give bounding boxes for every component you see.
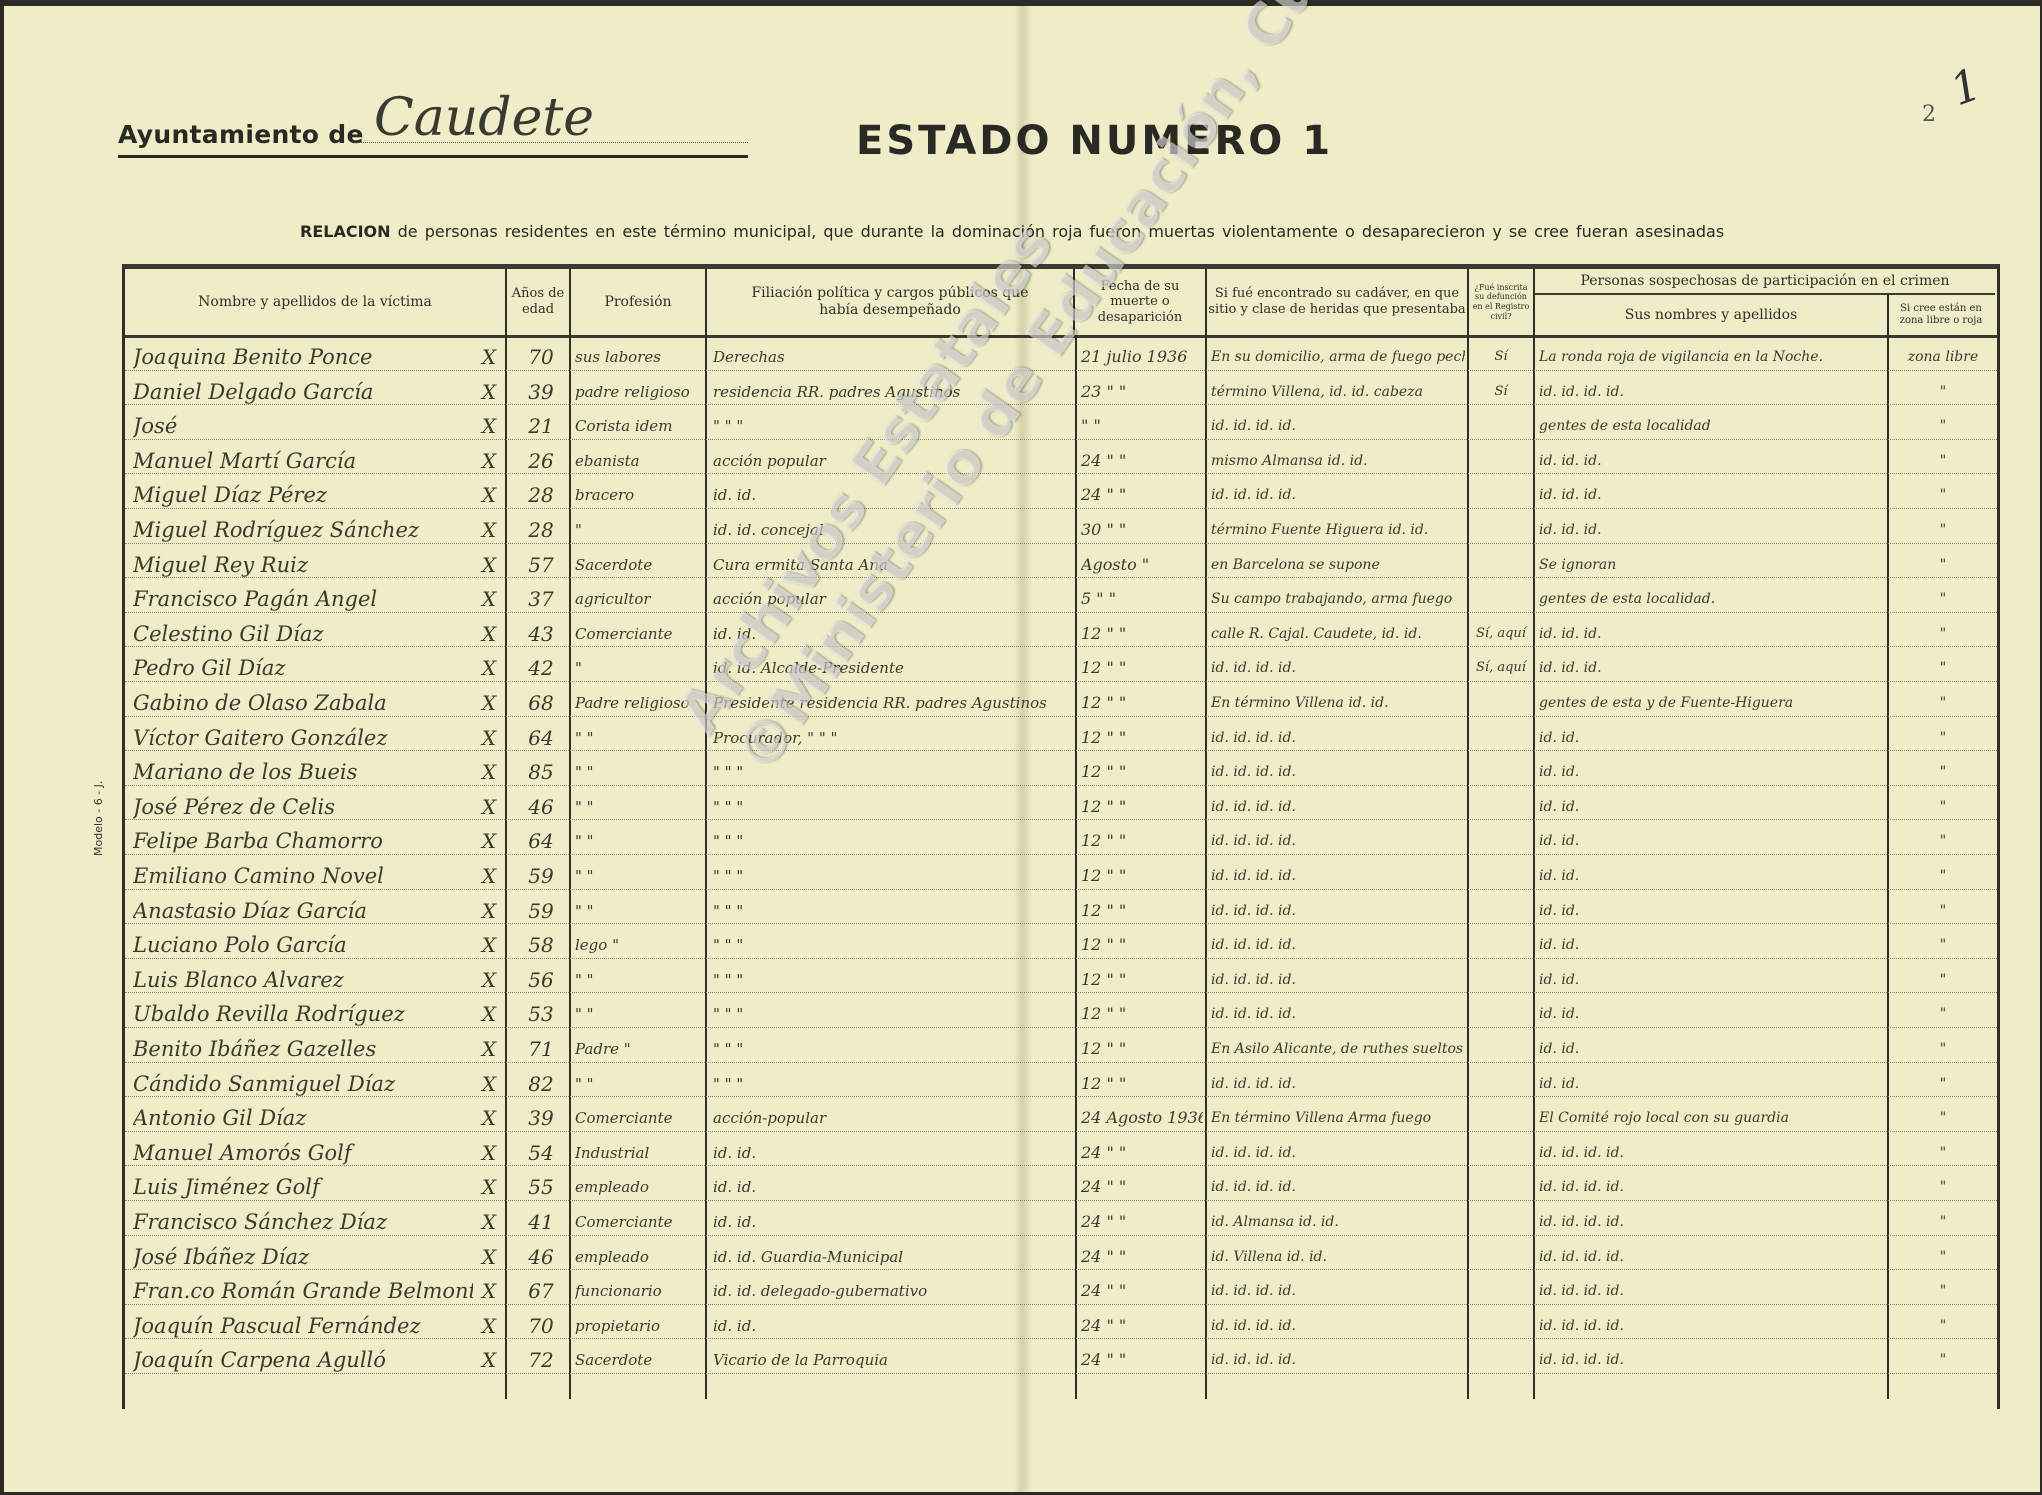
cell-sospechosos: id. id.: [1539, 827, 1885, 856]
cell-zona: ": [1893, 585, 1993, 614]
cell-zona: ": [1893, 827, 1993, 856]
cell-nombre: Joaquina Benito Ponce: [133, 343, 473, 372]
cell-x: X: [475, 1312, 503, 1341]
cell-profesion: Comerciante: [575, 620, 703, 649]
cell-profesion: " ": [575, 897, 703, 926]
cell-filiacion: " " ": [713, 793, 1071, 822]
cell-registro: Sí: [1471, 343, 1531, 372]
cell-edad: 28: [517, 481, 565, 510]
cell-zona: ": [1893, 412, 1993, 441]
cell-edad: 70: [517, 1312, 565, 1341]
cell-fecha: 12 " ": [1081, 654, 1203, 683]
cell-x: X: [475, 689, 503, 718]
cell-edad: 42: [517, 654, 565, 683]
cell-filiacion: id. id.: [713, 481, 1071, 510]
cell-cadaver: id. Almansa id. id.: [1211, 1208, 1465, 1237]
cell-sospechosos: Se ignoran: [1539, 551, 1885, 580]
cell-sospechosos: id. id.: [1539, 793, 1885, 822]
relacion-subtitle: RELACION de personas residentes en este …: [300, 222, 1724, 241]
cell-sospechosos: id. id. id. id.: [1539, 1312, 1885, 1341]
cell-nombre: José: [133, 412, 473, 441]
cell-profesion: Corista idem: [575, 412, 703, 441]
cell-fecha: 12 " ": [1081, 1035, 1203, 1064]
cell-nombre: Luis Jiménez Golf: [133, 1173, 473, 1202]
cell-cadaver: id. id. id. id.: [1211, 724, 1465, 753]
cell-sospechosos: id. id.: [1539, 1000, 1885, 1029]
cell-fecha: 24 " ": [1081, 1173, 1203, 1202]
cell-fecha: 23 " ": [1081, 378, 1203, 407]
cell-cadaver: id. id. id. id.: [1211, 1277, 1465, 1306]
cell-x: X: [475, 481, 503, 510]
cell-fecha: 12 " ": [1081, 689, 1203, 718]
cell-edad: 57: [517, 551, 565, 580]
cell-cadaver: En término Villena Arma fuego: [1211, 1104, 1465, 1133]
cell-cadaver: mismo Almansa id. id.: [1211, 447, 1465, 476]
cell-filiacion: acción-popular: [713, 1104, 1071, 1133]
cell-cadaver: id. id. id. id.: [1211, 1139, 1465, 1168]
cell-x: X: [475, 793, 503, 822]
cell-cadaver: id. Villena id. id.: [1211, 1243, 1465, 1272]
cell-zona: ": [1893, 931, 1993, 960]
cell-edad: 58: [517, 931, 565, 960]
cell-edad: 64: [517, 724, 565, 753]
cell-x: X: [475, 343, 503, 372]
cell-edad: 26: [517, 447, 565, 476]
cell-filiacion: id. id.: [713, 1173, 1071, 1202]
cell-profesion: Comerciante: [575, 1208, 703, 1237]
cell-profesion: " ": [575, 758, 703, 787]
cell-nombre: Felipe Barba Chamorro: [133, 827, 473, 856]
cell-profesion: padre religioso: [575, 378, 703, 407]
cell-edad: 54: [517, 1139, 565, 1168]
cell-nombre: Joaquín Pascual Fernández: [133, 1312, 473, 1341]
cell-x: X: [475, 654, 503, 683]
cell-profesion: Comerciante: [575, 1104, 703, 1133]
header-separator: [125, 335, 1997, 338]
modelo-label: Modelo - 6 - J.: [92, 781, 105, 856]
cell-filiacion: id. id. concejal: [713, 516, 1071, 545]
col-header-cadaver: Si fué encontrado su cadáver, en que sit…: [1207, 269, 1467, 335]
cell-cadaver: id. id. id. id.: [1211, 654, 1465, 683]
cell-zona: ": [1893, 689, 1993, 718]
cell-zona: ": [1893, 897, 1993, 926]
cell-sospechosos: id. id. id. id.: [1539, 1346, 1885, 1375]
cell-cadaver: id. id. id. id.: [1211, 1173, 1465, 1202]
cell-zona: ": [1893, 724, 1993, 753]
cell-fecha: 12 " ": [1081, 897, 1203, 926]
page-number-mark: 1: [1944, 59, 1988, 117]
cell-zona: ": [1893, 966, 1993, 995]
cell-fecha: 24 " ": [1081, 481, 1203, 510]
cell-cadaver: en Barcelona se supone: [1211, 551, 1465, 580]
cell-nombre: Daniel Delgado García: [133, 378, 473, 407]
cell-fecha: 12 " ": [1081, 620, 1203, 649]
cell-cadaver: id. id. id. id.: [1211, 481, 1465, 510]
relacion-text: de personas residentes en este término m…: [398, 222, 1725, 241]
cell-filiacion: " " ": [713, 1070, 1071, 1099]
cell-zona: ": [1893, 1173, 1993, 1202]
cell-zona: ": [1893, 862, 1993, 891]
cell-sospechosos: gentes de esta localidad.: [1539, 585, 1885, 614]
cell-profesion: sus labores: [575, 343, 703, 372]
cell-nombre: Fran.co Román Grande Belmonte: [133, 1277, 473, 1306]
cell-edad: 68: [517, 689, 565, 718]
cell-profesion: funcionario: [575, 1277, 703, 1306]
cell-cadaver: id. id. id. id.: [1211, 1346, 1465, 1375]
col-header-edad: Años de edad: [507, 269, 569, 335]
col-header-sus-nombres: Sus nombres y apellidos: [1535, 295, 1887, 335]
cell-cadaver: término Fuente Higuera id. id.: [1211, 516, 1465, 545]
cell-x: X: [475, 966, 503, 995]
cell-filiacion: acción popular: [713, 447, 1071, 476]
cell-profesion: Padre religioso: [575, 689, 703, 718]
ayuntamiento-label: Ayuntamiento de: [118, 120, 364, 149]
cell-registro: Sí, aquí: [1471, 654, 1531, 683]
cell-edad: 71: [517, 1035, 565, 1064]
cell-zona: ": [1893, 758, 1993, 787]
cell-edad: 46: [517, 1243, 565, 1272]
cell-nombre: Pedro Gil Díaz: [133, 654, 473, 683]
cell-fecha: " ": [1081, 412, 1203, 441]
cell-nombre: Anastasio Díaz García: [133, 897, 473, 926]
cell-zona: ": [1893, 378, 1993, 407]
cell-x: X: [475, 620, 503, 649]
cell-x: X: [475, 1070, 503, 1099]
cell-profesion: ": [575, 516, 703, 545]
cell-sospechosos: id. id. id. id.: [1539, 1208, 1885, 1237]
cell-profesion: propietario: [575, 1312, 703, 1341]
cell-filiacion: id. id.: [713, 1312, 1071, 1341]
page-number-small: 2: [1922, 102, 1936, 127]
cell-zona: ": [1893, 447, 1993, 476]
cell-nombre: Miguel Díaz Pérez: [133, 481, 473, 510]
cell-filiacion: " " ": [713, 412, 1071, 441]
cell-x: X: [475, 1173, 503, 1202]
cell-filiacion: " " ": [713, 1000, 1071, 1029]
ayuntamiento-value: Caudete: [374, 88, 594, 148]
cell-cadaver: En Asilo Alicante, de ruthes sueltos: [1211, 1035, 1465, 1064]
cell-fecha: 5 " ": [1081, 585, 1203, 614]
cell-fecha: 24 " ": [1081, 1243, 1203, 1272]
cell-nombre: Joaquín Carpena Agulló: [133, 1346, 473, 1375]
cell-x: X: [475, 1208, 503, 1237]
cell-x: X: [475, 1104, 503, 1133]
cell-sospechosos: id. id.: [1539, 724, 1885, 753]
cell-profesion: " ": [575, 793, 703, 822]
cell-x: X: [475, 1139, 503, 1168]
cell-sospechosos: id. id.: [1539, 758, 1885, 787]
cell-profesion: " ": [575, 1000, 703, 1029]
cell-zona: ": [1893, 793, 1993, 822]
cell-nombre: Mariano de los Bueis: [133, 758, 473, 787]
victims-table: Nombre y apellidos de la víctima Años de…: [122, 264, 2000, 1409]
cell-zona: ": [1893, 516, 1993, 545]
cell-x: X: [475, 931, 503, 960]
cell-fecha: 12 " ": [1081, 1070, 1203, 1099]
cell-sospechosos: id. id. id. id.: [1539, 1277, 1885, 1306]
cell-filiacion: id. id. Alcalde-Presidente: [713, 654, 1071, 683]
cell-x: X: [475, 447, 503, 476]
cell-fecha: Agosto ": [1081, 551, 1203, 580]
relacion-lead: RELACION: [300, 222, 391, 241]
cell-cadaver: id. id. id. id.: [1211, 1000, 1465, 1029]
cell-filiacion: " " ": [713, 897, 1071, 926]
cell-zona: ": [1893, 1104, 1993, 1133]
cell-registro: Sí, aquí: [1471, 620, 1531, 649]
cell-nombre: Gabino de Olaso Zabala: [133, 689, 473, 718]
cell-sospechosos: id. id. id. id.: [1539, 378, 1885, 407]
cell-nombre: Benito Ibáñez Gazelles: [133, 1035, 473, 1064]
cell-x: X: [475, 551, 503, 580]
cell-cadaver: id. id. id. id.: [1211, 862, 1465, 891]
cell-x: X: [475, 1035, 503, 1064]
cell-nombre: Luis Blanco Alvarez: [133, 966, 473, 995]
cell-profesion: empleado: [575, 1243, 703, 1272]
cell-filiacion: id. id.: [713, 1208, 1071, 1237]
page-title: ESTADO NUMERO 1: [856, 118, 1333, 164]
cell-x: X: [475, 1277, 503, 1306]
cell-x: X: [475, 862, 503, 891]
cell-zona: ": [1893, 1070, 1993, 1099]
cell-zona: ": [1893, 1139, 1993, 1168]
cell-fecha: 21 julio 1936: [1081, 343, 1203, 372]
cell-zona: ": [1893, 551, 1993, 580]
cell-profesion: Sacerdote: [575, 551, 703, 580]
cell-filiacion: Vicario de la Parroquia: [713, 1346, 1071, 1375]
col-divider: [1075, 335, 1077, 1399]
col-header-nombre: Nombre y apellidos de la víctima: [125, 269, 505, 335]
cell-cadaver: id. id. id. id.: [1211, 1312, 1465, 1341]
cell-nombre: Luciano Polo García: [133, 931, 473, 960]
cell-cadaver: id. id. id. id.: [1211, 1070, 1465, 1099]
cell-edad: 59: [517, 897, 565, 926]
cell-x: X: [475, 1346, 503, 1375]
cell-zona: ": [1893, 1312, 1993, 1341]
cell-zona: ": [1893, 1035, 1993, 1064]
cell-filiacion: " " ": [713, 966, 1071, 995]
document-page: Ayuntamiento de Caudete ESTADO NUMERO 1 …: [4, 6, 2040, 1492]
cell-edad: 53: [517, 1000, 565, 1029]
cell-profesion: Sacerdote: [575, 1346, 703, 1375]
cell-edad: 56: [517, 966, 565, 995]
cell-cadaver: calle R. Cajal. Caudete, id. id.: [1211, 620, 1465, 649]
cell-edad: 59: [517, 862, 565, 891]
cell-edad: 55: [517, 1173, 565, 1202]
cell-x: X: [475, 758, 503, 787]
cell-sospechosos: id. id.: [1539, 1035, 1885, 1064]
cell-fecha: 12 " ": [1081, 827, 1203, 856]
cell-edad: 72: [517, 1346, 565, 1375]
cell-zona: ": [1893, 1277, 1993, 1306]
cell-filiacion: Presidente residencia RR. padres Agustin…: [713, 689, 1071, 718]
cell-sospechosos: id. id.: [1539, 966, 1885, 995]
cell-fecha: 12 " ": [1081, 862, 1203, 891]
cell-edad: 70: [517, 343, 565, 372]
cell-sospechosos: id. id.: [1539, 931, 1885, 960]
cell-zona: ": [1893, 654, 1993, 683]
cell-fecha: 24 Agosto 1936: [1081, 1104, 1203, 1133]
cell-filiacion: residencia RR. padres Agustinos: [713, 378, 1071, 407]
cell-cadaver: Su campo trabajando, arma fuego: [1211, 585, 1465, 614]
col-header-sospechosas-group: Personas sospechosas de participación en…: [1535, 269, 1995, 293]
cell-edad: 21: [517, 412, 565, 441]
cell-cadaver: id. id. id. id.: [1211, 827, 1465, 856]
cell-filiacion: " " ": [713, 758, 1071, 787]
cell-fecha: 30 " ": [1081, 516, 1203, 545]
ayuntamiento-dotted-line: [354, 142, 748, 143]
cell-edad: 28: [517, 516, 565, 545]
cell-x: X: [475, 412, 503, 441]
col-header-registro: ¿Fué inscrita su defunción en el Registr…: [1469, 269, 1533, 335]
cell-edad: 37: [517, 585, 565, 614]
cell-fecha: 12 " ": [1081, 758, 1203, 787]
cell-sospechosos: id. id.: [1539, 897, 1885, 926]
cell-fecha: 24 " ": [1081, 1277, 1203, 1306]
cell-filiacion: " " ": [713, 827, 1071, 856]
cell-cadaver: id. id. id. id.: [1211, 793, 1465, 822]
cell-nombre: Ubaldo Revilla Rodríguez: [133, 1000, 473, 1029]
cell-profesion: " ": [575, 966, 703, 995]
col-header-fecha: Fecha de su muerte o desaparición: [1075, 269, 1205, 335]
cell-x: X: [475, 827, 503, 856]
cell-sospechosos: El Comité rojo local con su guardia: [1539, 1104, 1885, 1133]
cell-edad: 43: [517, 620, 565, 649]
cell-nombre: Emiliano Camino Novel: [133, 862, 473, 891]
cell-x: X: [475, 378, 503, 407]
cell-profesion: lego ": [575, 931, 703, 960]
cell-sospechosos: id. id. id.: [1539, 620, 1885, 649]
cell-profesion: bracero: [575, 481, 703, 510]
cell-nombre: Manuel Martí García: [133, 447, 473, 476]
col-divider: [1073, 269, 1075, 335]
cell-edad: 67: [517, 1277, 565, 1306]
cell-nombre: José Ibáñez Díaz: [133, 1243, 473, 1272]
cell-x: X: [475, 516, 503, 545]
cell-x: X: [475, 897, 503, 926]
cell-registro: Sí: [1471, 378, 1531, 407]
cell-edad: 64: [517, 827, 565, 856]
col-header-zona: Si cree están en zona libre o roja: [1889, 295, 1993, 335]
cell-nombre: Manuel Amorós Golf: [133, 1139, 473, 1168]
cell-profesion: " ": [575, 827, 703, 856]
cell-zona: ": [1893, 1346, 1993, 1375]
cell-profesion: empleado: [575, 1173, 703, 1202]
cell-sospechosos: id. id. id. id.: [1539, 1173, 1885, 1202]
cell-fecha: 12 " ": [1081, 931, 1203, 960]
cell-sospechosos: id. id. id.: [1539, 481, 1885, 510]
cell-x: X: [475, 585, 503, 614]
cell-zona: zona libre: [1893, 343, 1993, 372]
cell-nombre: Miguel Rodríguez Sánchez: [133, 516, 473, 545]
cell-nombre: Miguel Rey Ruiz: [133, 551, 473, 580]
cell-cadaver: término Villena, id. id. cabeza: [1211, 378, 1465, 407]
cell-fecha: 12 " ": [1081, 793, 1203, 822]
cell-sospechosos: La ronda roja de vigilancia en la Noche.: [1539, 343, 1885, 372]
cell-filiacion: id. id.: [713, 620, 1071, 649]
cell-cadaver: id. id. id. id.: [1211, 966, 1465, 995]
cell-x: X: [475, 1243, 503, 1272]
cell-cadaver: En término Villena id. id.: [1211, 689, 1465, 718]
cell-profesion: " ": [575, 862, 703, 891]
cell-zona: ": [1893, 1000, 1993, 1029]
cell-edad: 39: [517, 1104, 565, 1133]
cell-edad: 41: [517, 1208, 565, 1237]
cell-sospechosos: gentes de esta localidad: [1539, 412, 1885, 441]
cell-sospechosos: id. id.: [1539, 862, 1885, 891]
cell-sospechosos: id. id. id.: [1539, 654, 1885, 683]
cell-filiacion: id. id. delegado-gubernativo: [713, 1277, 1071, 1306]
cell-zona: ": [1893, 620, 1993, 649]
cell-profesion: agricultor: [575, 585, 703, 614]
cell-x: X: [475, 724, 503, 753]
cell-filiacion: id. id.: [713, 1139, 1071, 1168]
cell-sospechosos: id. id. id. id.: [1539, 1139, 1885, 1168]
cell-nombre: Celestino Gil Díaz: [133, 620, 473, 649]
cell-sospechosos: id. id. id. id.: [1539, 1243, 1885, 1272]
cell-fecha: 24 " ": [1081, 1346, 1203, 1375]
cell-profesion: Padre ": [575, 1035, 703, 1064]
cell-fecha: 24 " ": [1081, 447, 1203, 476]
cell-sospechosos: id. id. id.: [1539, 447, 1885, 476]
cell-sospechosos: id. id. id.: [1539, 516, 1885, 545]
cell-zona: ": [1893, 1208, 1993, 1237]
cell-fecha: 24 " ": [1081, 1139, 1203, 1168]
cell-filiacion: Procurador, " " ": [713, 724, 1071, 753]
cell-nombre: Cándido Sanmiguel Díaz: [133, 1070, 473, 1099]
cell-nombre: José Pérez de Celis: [133, 793, 473, 822]
cell-cadaver: id. id. id. id.: [1211, 758, 1465, 787]
cell-fecha: 12 " ": [1081, 724, 1203, 753]
cell-filiacion: " " ": [713, 1035, 1071, 1064]
cell-filiacion: acción popular: [713, 585, 1071, 614]
cell-cadaver: id. id. id. id.: [1211, 412, 1465, 441]
col-header-filiacion: Filiación política y cargos públicos que…: [707, 269, 1073, 335]
cell-profesion: ": [575, 654, 703, 683]
cell-nombre: Antonio Gil Díaz: [133, 1104, 473, 1133]
col-divider: [1887, 295, 1889, 1399]
cell-fecha: 12 " ": [1081, 1000, 1203, 1029]
cell-cadaver: En su domicilio, arma de fuego pecho.: [1211, 343, 1465, 372]
cell-filiacion: Derechas: [713, 343, 1071, 372]
col-header-profesion: Profesión: [571, 269, 705, 335]
cell-cadaver: id. id. id. id.: [1211, 897, 1465, 926]
cell-filiacion: " " ": [713, 862, 1071, 891]
cell-sospechosos: gentes de esta y de Fuente-Higuera: [1539, 689, 1885, 718]
cell-nombre: Francisco Pagán Angel: [133, 585, 473, 614]
cell-profesion: ebanista: [575, 447, 703, 476]
cell-cadaver: id. id. id. id.: [1211, 931, 1465, 960]
cell-profesion: " ": [575, 724, 703, 753]
cell-fecha: 24 " ": [1081, 1208, 1203, 1237]
cell-x: X: [475, 1000, 503, 1029]
cell-nombre: Francisco Sánchez Díaz: [133, 1208, 473, 1237]
cell-sospechosos: id. id.: [1539, 1070, 1885, 1099]
cell-filiacion: Cura ermita Santa Ana: [713, 551, 1071, 580]
cell-nombre: Víctor Gaitero González: [133, 724, 473, 753]
ayuntamiento-underline: [118, 155, 748, 158]
cell-edad: 85: [517, 758, 565, 787]
cell-zona: ": [1893, 1243, 1993, 1272]
cell-edad: 82: [517, 1070, 565, 1099]
cell-fecha: 12 " ": [1081, 966, 1203, 995]
cell-edad: 39: [517, 378, 565, 407]
cell-profesion: Industrial: [575, 1139, 703, 1168]
cell-filiacion: id. id. Guardia-Municipal: [713, 1243, 1071, 1272]
cell-edad: 46: [517, 793, 565, 822]
cell-zona: ": [1893, 481, 1993, 510]
cell-filiacion: " " ": [713, 931, 1071, 960]
cell-profesion: " ": [575, 1070, 703, 1099]
